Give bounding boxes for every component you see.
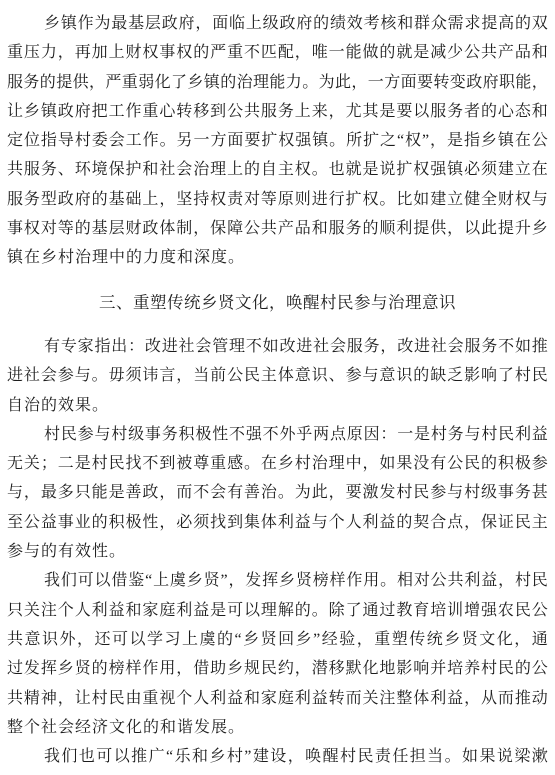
text-line: 让乡镇政府把工作重心转移到公共服务上来，尤其是要以服务者的心态和 [7,97,548,126]
text-line: 整个社会经济文化的和谐发展。 [7,713,548,742]
text-line: 参与的有效性。 [7,537,548,566]
paragraph-3: 村民参与村级事务积极性不强不外乎两点原因：一是村务与村民利益 无关；二是村民找不… [7,420,548,566]
text-line: 我们可以借鉴“上虞乡贤”，发挥乡贤榜样作用。相对公共利益，村民 [7,566,548,595]
text-line: 定位指导村委会工作。另一方面要扩权强镇。所扩之“权”，是指乡镇在公 [7,126,548,155]
text-line: 共服务、环境保护和社会治理上的自主权。也就是说扩权强镇必须建立在 [7,155,548,184]
text-line: 我们也可以推广“乐和乡村”建设，唤醒村民责任担当。如果说梁漱 [7,742,548,771]
text-line: 重压力，再加上财权事权的严重不匹配，唯一能做的就是减少公共产品和 [7,38,548,67]
text-line: 进社会参与。毋须讳言，当前公民主体意识、参与意识的缺乏影响了村民 [7,361,548,390]
section-heading: 三、重塑传统乡贤文化，唤醒村民参与治理意识 [7,288,548,317]
text-line: 服务的提供，严重弱化了乡镇的治理能力。为此，一方面要转变政府职能， [7,68,548,97]
text-line: 共意识外，还可以学习上虞的“乡贤回乡”经验，重塑传统乡贤文化，通 [7,625,548,654]
paragraph-2: 有专家指出：改进社会管理不如改进社会服务，改进社会服务不如推 进社会参与。毋须讳… [7,332,548,420]
text-line: 至公益事业的积极性，必须找到集体利益与个人利益的契合点，保证民主 [7,508,548,537]
text-line: 有专家指出：改进社会管理不如改进社会服务，改进社会服务不如推 [7,332,548,361]
text-line: 共精神，让村民由重视个人利益和家庭利益转而关注整体利益，从而推动 [7,684,548,713]
text-line: 村民参与村级事务积极性不强不外乎两点原因：一是村务与村民利益 [7,420,548,449]
text-line: 自治的效果。 [7,391,548,420]
text-line: 服务型政府的基础上，坚持权责对等原则进行扩权。比如建立健全财权与 [7,185,548,214]
text-line: 镇在乡村治理中的力度和深度。 [7,243,548,272]
text-line: 乡镇作为最基层政府，面临上级政府的绩效考核和群众需求提高的双 [7,9,548,38]
text-line: 事权对等的基层财政体制，保障公共产品和服务的顺利提供，以此提升乡 [7,214,548,243]
document-page: 乡镇作为最基层政府，面临上级政府的绩效考核和群众需求提高的双 重压力，再加上财权… [0,0,555,775]
text-line: 过发挥乡贤的榜样作用，借助乡规民约，潜移默化地影响并培养村民的公 [7,654,548,683]
text-line: 与，最多只能是善政，而不会有善治。为此，要激发村民参与村级事务甚 [7,478,548,507]
text-line: 只关注个人利益和家庭利益是可以理解的。除了通过教育培训增强农民公 [7,596,548,625]
text-line: 无关；二是村民找不到被尊重感。在乡村治理中，如果没有公民的积极参 [7,449,548,478]
paragraph-1: 乡镇作为最基层政府，面临上级政府的绩效考核和群众需求提高的双 重压力，再加上财权… [7,9,548,273]
paragraph-5: 我们也可以推广“乐和乡村”建设，唤醒村民责任担当。如果说梁漱 [7,742,548,771]
paragraph-4: 我们可以借鉴“上虞乡贤”，发挥乡贤榜样作用。相对公共利益，村民 只关注个人利益和… [7,566,548,742]
